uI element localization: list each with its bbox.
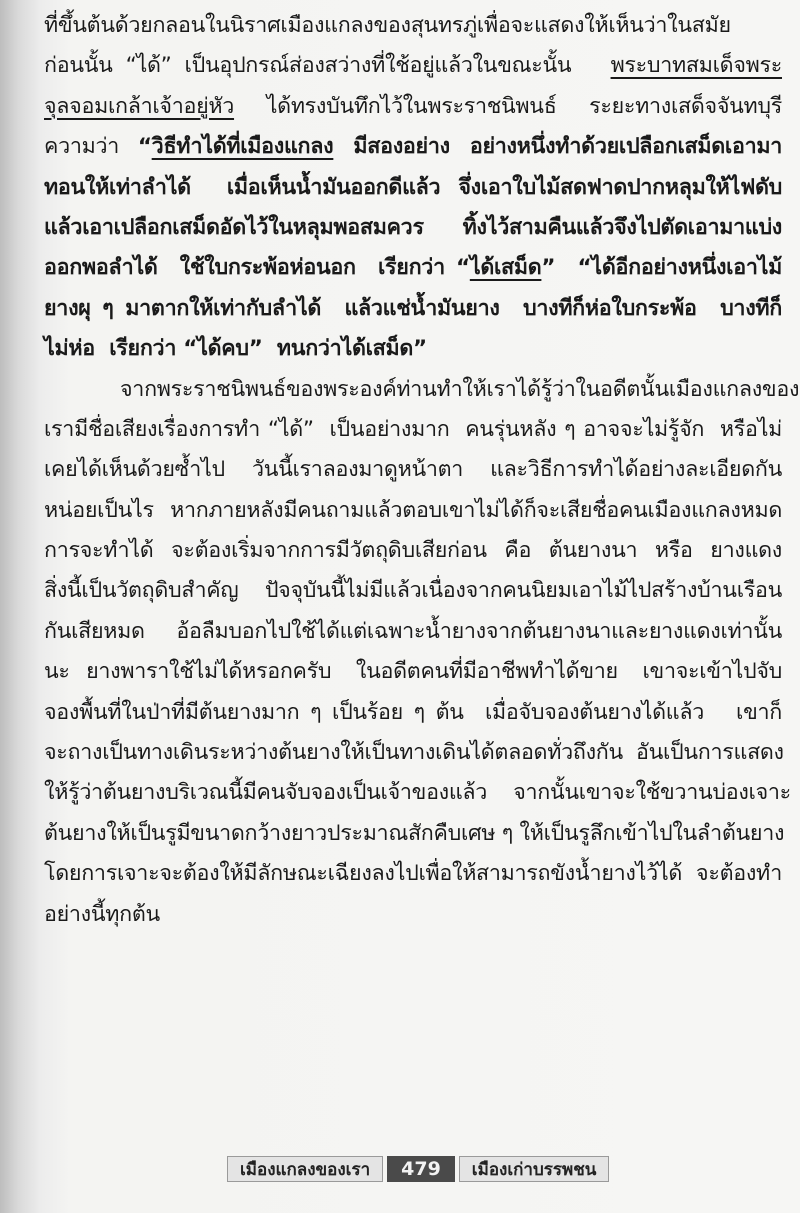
text-segment: นะ ยางพาราใช้ไม่ได้หรอกครับ ในอดีตคนที่ม…	[44, 659, 782, 684]
text-line: ออกพอลำได้ ใช้ใบกระพ้อห่อนอก เรียกว่า “ไ…	[44, 248, 782, 288]
quoted-text: แล้วเอาเปลือกเสม็ดอัดไว้ในหลุมพอสมควร ทิ…	[44, 215, 782, 240]
text-line: การจะทำได้ จะต้องเริ่มจากการมีวัตถุดิบเส…	[44, 531, 782, 571]
quoted-text: ยางผุ ๆ มาตากให้เท่ากับลำได้ แล้วแช่น้ำม…	[44, 296, 782, 321]
footer-section-title: เมืองเก่าบรรพชน	[459, 1156, 610, 1182]
quoted-text: ” “ได้อีกอย่างหนึ่งเอาไม้	[541, 255, 782, 280]
text-line: หน่อยเป็นไร หากภายหลังมีคนถามแล้วตอบเขาไ…	[44, 491, 782, 531]
text-line: ก่อนนั้น “ได้” เป็นอุปกรณ์ส่องสว่างที่ใช…	[44, 46, 782, 86]
page-number: 479	[387, 1156, 455, 1182]
text-line: จุลจอมเกล้าเจ้าอยู่หัว ได้ทรงบันทึกไว้ใน…	[44, 87, 782, 127]
text-line: ไม่ห่อ เรียกว่า “ได้คบ” ทนกว่าได้เสม็ด”	[44, 329, 782, 369]
text-line: โดยการเจาะจะต้องให้มีลักษณะเฉียงลงไปเพื่…	[44, 854, 782, 894]
quoted-text: ทอนให้เท่าลำได้ เมื่อเห็นน้ำมันออกดีแล้ว…	[44, 175, 782, 200]
text-segment: เคยได้เห็นด้วยซ้ำไป วันนี้เราลองมาดูหน้า…	[44, 457, 782, 482]
text-line: แล้วเอาเปลือกเสม็ดอัดไว้ในหลุมพอสมควร ทิ…	[44, 208, 782, 248]
text-line: ยางผุ ๆ มาตากให้เท่ากับลำได้ แล้วแช่น้ำม…	[44, 289, 782, 329]
document-page: ที่ขึ้นต้นด้วยกลอนในนิราศเมืองแกลงของสุน…	[44, 6, 782, 935]
text-line: นะ ยางพาราใช้ไม่ได้หรอกครับ ในอดีตคนที่ม…	[44, 652, 782, 692]
text-line: ให้รู้ว่าต้นยางบริเวณนี้มีคนจับจองเป็นเจ…	[44, 773, 782, 813]
text-segment: การจะทำได้ จะต้องเริ่มจากการมีวัตถุดิบเส…	[44, 538, 782, 563]
text-segment: สิ่งนี้เป็นวัตถุดิบสำคัญ ปัจจุบันนี้ไม่ม…	[44, 578, 782, 603]
quoted-text: ไม่ห่อ เรียกว่า “ได้คบ” ทนกว่าได้เสม็ด”	[44, 336, 427, 361]
quoted-text: ออกพอลำได้ ใช้ใบกระพ้อห่อนอก เรียกว่า “	[44, 255, 470, 280]
text-line: เคยได้เห็นด้วยซ้ำไป วันนี้เราลองมาดูหน้า…	[44, 450, 782, 490]
text-segment: ได้ทรงบันทึกไว้ในพระราชนิพนธ์ ระยะทางเสด…	[234, 94, 782, 119]
underlined-text: จุลจอมเกล้าเจ้าอยู่หัว	[44, 94, 234, 119]
text-segment: ก่อนนั้น “ได้” เป็นอุปกรณ์ส่องสว่างที่ใช…	[44, 53, 611, 78]
footer-book-title: เมืองแกลงของเรา	[227, 1156, 383, 1182]
quoted-text: “	[138, 134, 152, 159]
text-line: กันเสียหมด อ้อลืมบอกไปใช้ได้แต่เฉพาะน้ำย…	[44, 612, 782, 652]
text-segment: จองพื้นที่ในป่าที่มีต้นยางมาก ๆ เป็นร้อย…	[44, 700, 782, 725]
text-segment: จะถางเป็นทางเดินระหว่างต้นยางให้เป็นทางเ…	[44, 740, 784, 765]
text-line: ที่ขึ้นต้นด้วยกลอนในนิราศเมืองแกลงของสุน…	[44, 6, 782, 46]
text-segment: ที่ขึ้นต้นด้วยกลอนในนิราศเมืองแกลงของสุน…	[44, 13, 731, 38]
text-line: สิ่งนี้เป็นวัตถุดิบสำคัญ ปัจจุบันนี้ไม่ม…	[44, 571, 782, 611]
text-segment: อย่างนี้ทุกต้น	[44, 902, 160, 927]
text-segment: กันเสียหมด อ้อลืมบอกไปใช้ได้แต่เฉพาะน้ำย…	[44, 619, 782, 644]
page-footer: เมืองแกลงของเรา 479 เมืองเก่าบรรพชน	[227, 1156, 609, 1182]
text-segment: ต้นยางให้เป็นรูมีขนาดกว้างยาวประมาณสักคื…	[44, 821, 784, 846]
text-line: ทอนให้เท่าลำได้ เมื่อเห็นน้ำมันออกดีแล้ว…	[44, 168, 782, 208]
text-segment: จากพระราชนิพนธ์ของพระองค์ท่านทำให้เราได้…	[120, 377, 799, 402]
text-line: เรามีชื่อเสียงเรื่องการทำ “ได้” เป็นอย่า…	[44, 410, 782, 450]
text-segment: ให้รู้ว่าต้นยางบริเวณนี้มีคนจับจองเป็นเจ…	[44, 780, 791, 805]
text-segment: หน่อยเป็นไร หากภายหลังมีคนถามแล้วตอบเขาไ…	[44, 498, 782, 523]
text-line: ต้นยางให้เป็นรูมีขนาดกว้างยาวประมาณสักคื…	[44, 814, 782, 854]
text-line: ความว่า “วิธีทำได้ที่เมืองแกลง มีสองอย่า…	[44, 127, 782, 167]
quoted-text: มีสองอย่าง อย่างหนึ่งทำด้วยเปลือกเสม็ดเอ…	[333, 134, 782, 159]
underlined-text: ได้เสม็ด	[470, 255, 542, 280]
underlined-text: พระบาทสมเด็จพระ	[611, 53, 782, 78]
text-segment: เรามีชื่อเสียงเรื่องการทำ “ได้” เป็นอย่า…	[44, 417, 782, 442]
text-line: อย่างนี้ทุกต้น	[44, 895, 782, 935]
text-segment: โดยการเจาะจะต้องให้มีลักษณะเฉียงลงไปเพื่…	[44, 861, 782, 886]
text-line: จะถางเป็นทางเดินระหว่างต้นยางให้เป็นทางเ…	[44, 733, 782, 773]
text-line: จองพื้นที่ในป่าที่มีต้นยางมาก ๆ เป็นร้อย…	[44, 693, 782, 733]
text-segment: ความว่า	[44, 134, 138, 159]
paragraph-first-line: จากพระราชนิพนธ์ของพระองค์ท่านทำให้เราได้…	[44, 370, 782, 410]
underlined-text: วิธีทำได้ที่เมืองแกลง	[152, 134, 334, 159]
